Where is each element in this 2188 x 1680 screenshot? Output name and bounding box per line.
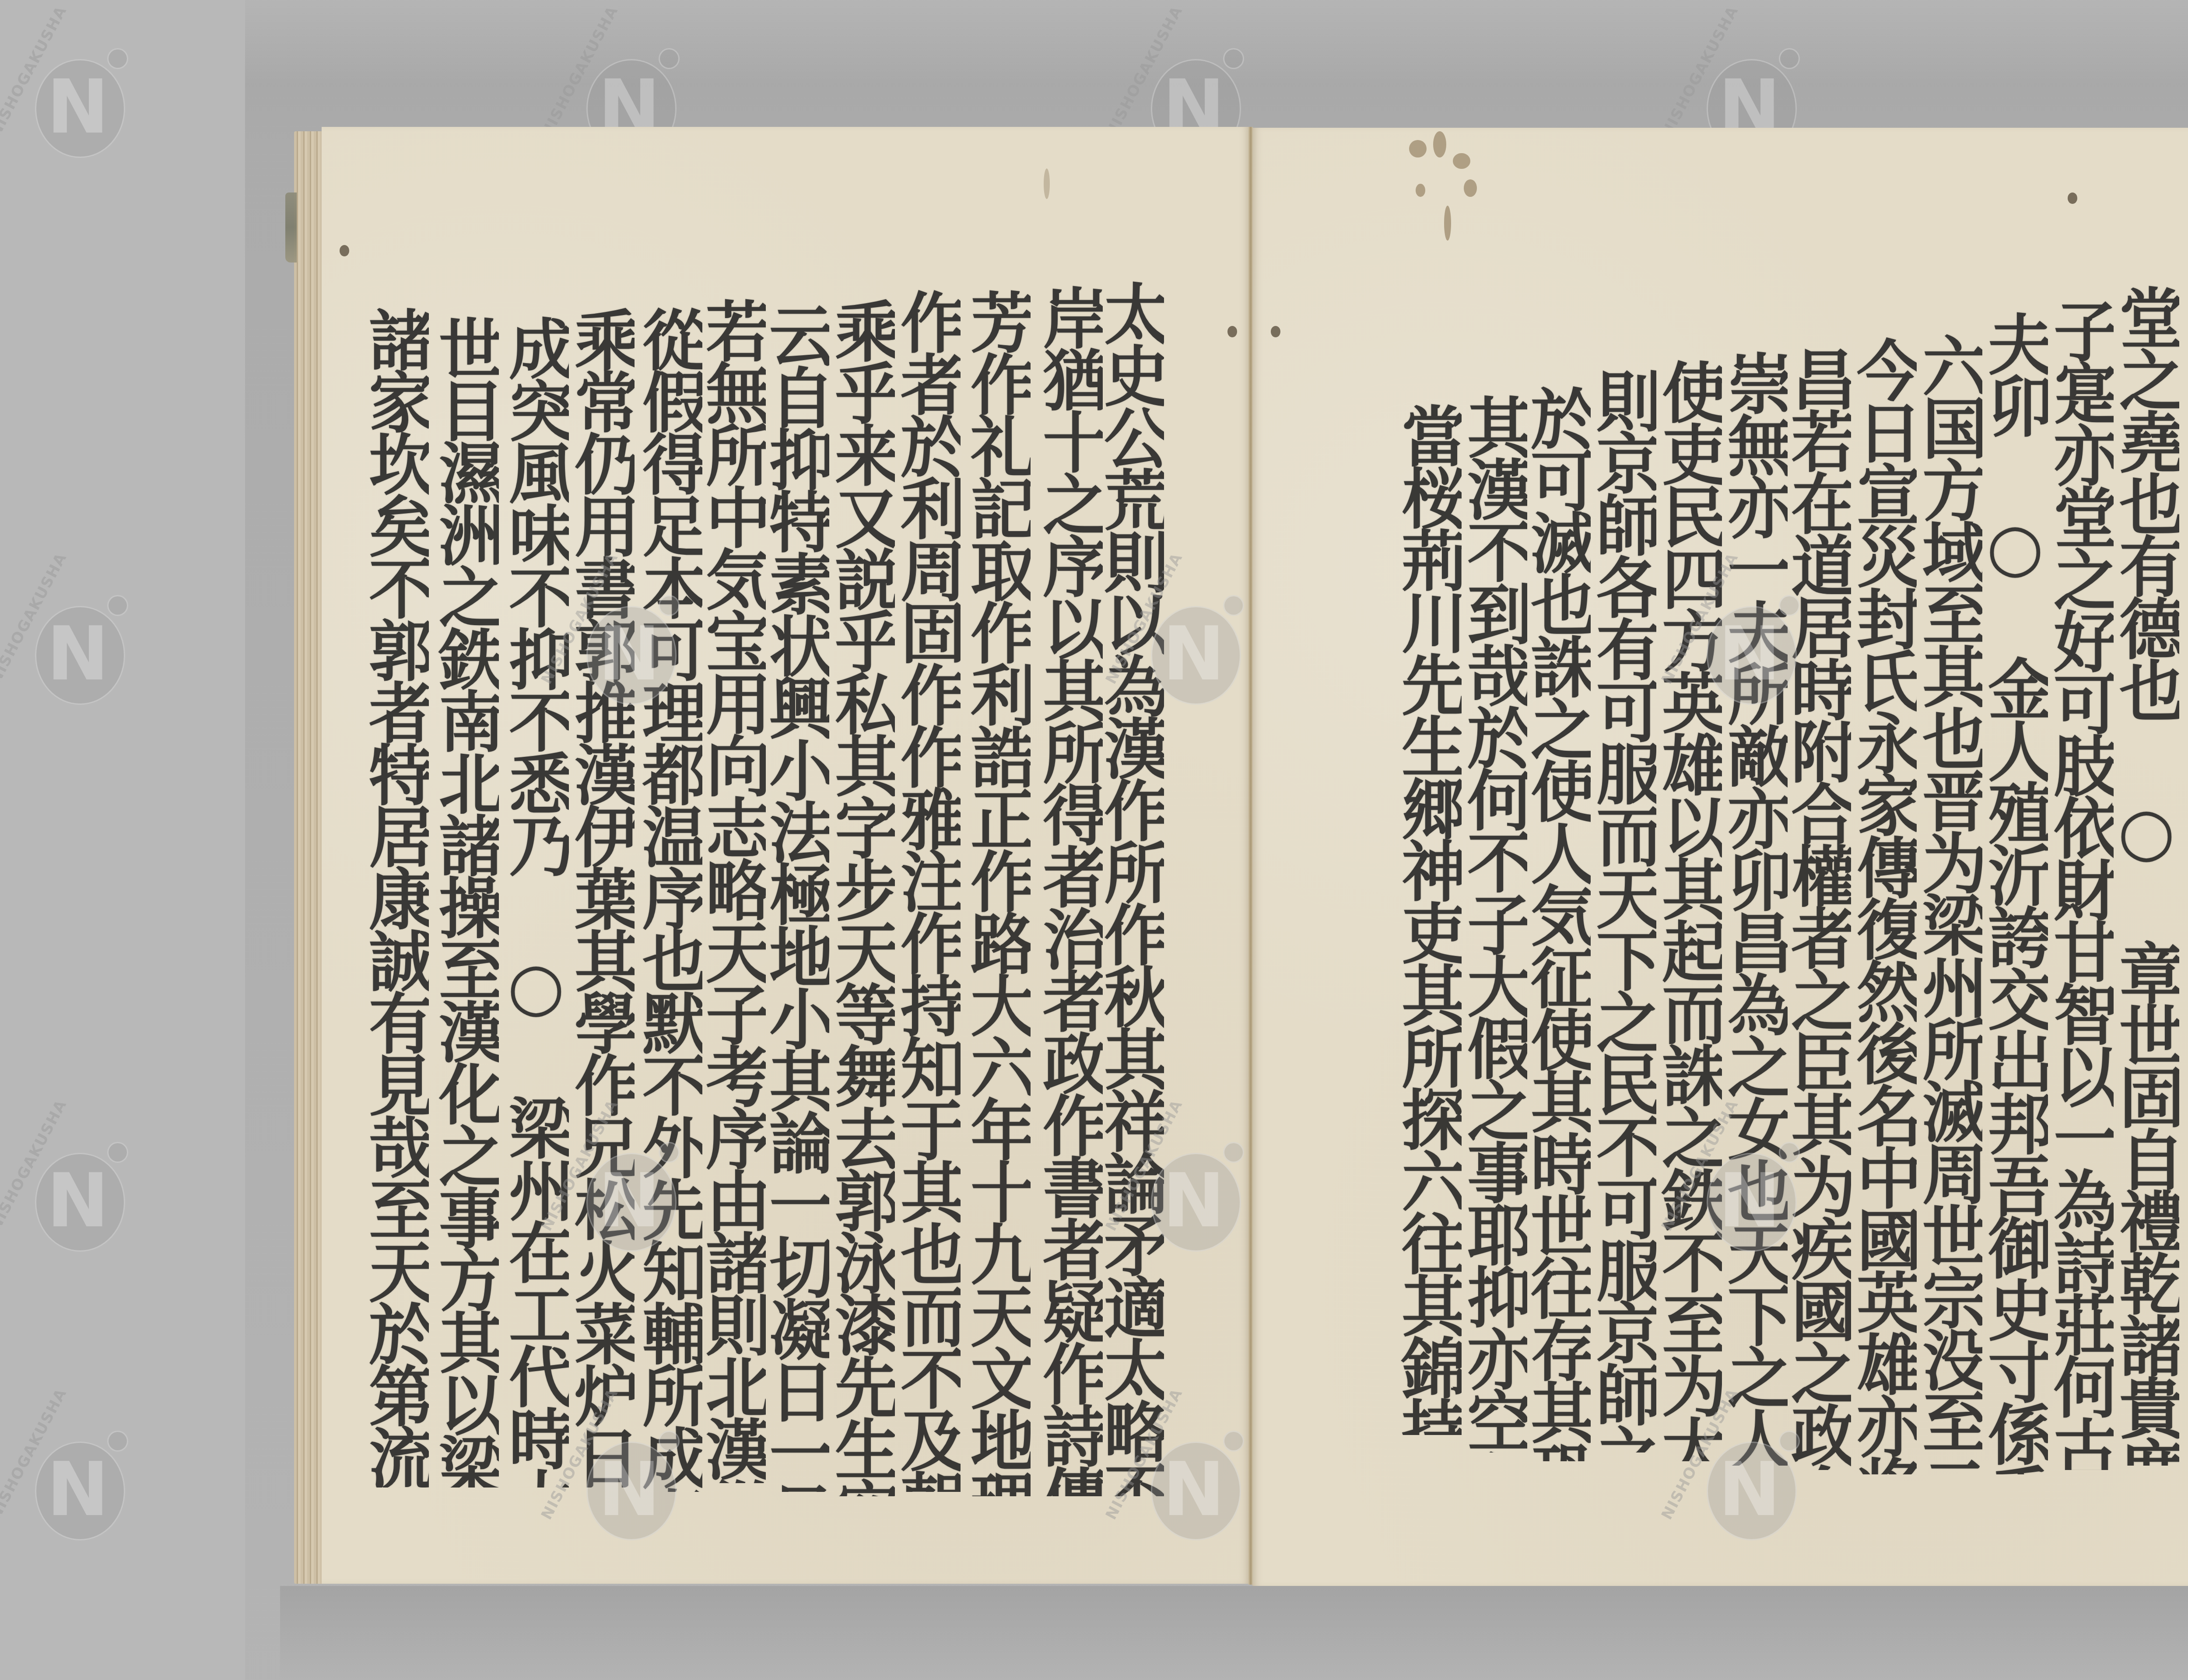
watermark-logo: NNISHOGAKUSHA xyxy=(18,1400,131,1540)
wormhole-damage xyxy=(1409,140,1427,157)
ink-dot xyxy=(1271,326,1280,337)
left-page-column: 世目濕洲之鉄南北諸操至漢化之事方其以梁州格其青余在芸数 xyxy=(433,315,499,1487)
ink-dot xyxy=(1227,326,1237,337)
watermark-logo: NNISHOGAKUSHA xyxy=(18,1111,131,1251)
left-page-column: 作者於利周固作作雅注作持知于其也而不及朝論故身今觀其周礼 xyxy=(895,289,961,1492)
wormhole-damage xyxy=(1416,184,1425,197)
left-page-column: 從假得足本可理都温序也默不外先知輔所成者同手録一遍於 xyxy=(637,306,702,1492)
left-page-column: 諸家坎矣不郭者特居康誠有見哉至天於第流古未数其好人 xyxy=(363,306,429,1487)
left-page-column: 芳作礼記取作利誥正作路大六年十九天文地理出於眞事本六十所得若 xyxy=(965,289,1031,1496)
binding-thread xyxy=(285,192,297,262)
right-page-column: 夫卯 ○ 金人殖沂誇交出邦吾御史寸係委於以状論列中有去天生肘北 xyxy=(1982,311,2048,1474)
wormhole-damage xyxy=(1444,206,1451,241)
right-page-column: 於可滅也誅之使人気征使其時世往存其恐而死不其然叙起李其若小撃 xyxy=(1525,385,1591,1461)
left-page-column: 太史公荒則以為漢作所作秋其祥論矛適太略不合義漢作上書曰古乎 xyxy=(1098,280,1164,1496)
wormhole-damage xyxy=(1044,168,1050,199)
right-page-column: 則京師各有可服而天下之民不可服京師之存者可減而天下之宗子 xyxy=(1591,367,1656,1452)
left-page-stack xyxy=(294,131,323,1584)
ink-dot xyxy=(340,245,349,256)
right-page-column: 堂之堯也有德也 ○ 章世固自禮乾諸貴度康師威帝自祖發尉出 xyxy=(2114,284,2179,1466)
right-page-column: 今日宣災封氏永家傳復然後名中國英雄亦将復中固之根矣又去坑邦 xyxy=(1851,337,1917,1474)
wormhole-damage xyxy=(1433,131,1446,157)
right-page-column: 子寔亦堂之好可肢依財甘智以一為詩莊何古曰於二於許若乃出之矣 xyxy=(2048,297,2114,1470)
right-page-column: 其漢不到哉於何不子大假之事耶抑亦空之見食其留若今日 xyxy=(1462,394,1527,1452)
right-page-column: 使吏民四方英雄以其起而誅之鉄不至为大年之府翻宗如以立邦昌 xyxy=(1656,359,1722,1461)
left-page-column: 云自抑特素状興小法極地小其論一切凝日一星不三回極一天星乎居 xyxy=(764,302,829,1492)
left-page-column: 成突風味不抑不悉乃 ○ 梁州在工代時大事中国慈至矣來字之 xyxy=(503,315,569,1487)
right-page-column: 崇無亦一夫所敵亦卯昌為之女也天下之人方旅若鋤其他若付以土地 xyxy=(1722,350,1788,1466)
left-page-column: 若無所中気宝用向志略天子考序由諸則北漢從作所所以其父矣 xyxy=(700,297,766,1483)
ink-dot xyxy=(2068,192,2077,204)
right-page-column: 昌若在道居時附合權者之臣其为疾國之政今日社稷傾危其氣逆 xyxy=(1785,346,1851,1470)
watermark-logo: NNISHOGAKUSHA xyxy=(18,564,131,704)
right-page-column: 當桜荊川先生郷神吏其所探六往其錦持論辯博多所発明矣 xyxy=(1396,402,1462,1435)
left-page-column: 乘乎来又説乎私其字步天等舞去郭泳漆先生空得其書而說 xyxy=(829,297,895,1496)
open-book: 太史公荒則以為漢作所作秋其祥論矛適太略不合義漢作上書曰古乎 岸猶十之序以其所得者… xyxy=(0,0,2188,1680)
right-page-column: 六国方域至其也晋为梁州所滅周世宗没至二淵甚为晋服狼狂則 xyxy=(1917,332,1982,1479)
wormhole-damage xyxy=(1453,153,1470,169)
left-page-column: 乘常仍用書郭推漢伊葉其學作兄松火菜炉日誤其貫識二十日而郎 xyxy=(569,306,635,1487)
left-page-column: 岸猶十之序以其所得者治者政作書者疑作詩傳作持其安作春秋 xyxy=(1037,284,1103,1496)
wormhole-damage xyxy=(1464,179,1477,197)
